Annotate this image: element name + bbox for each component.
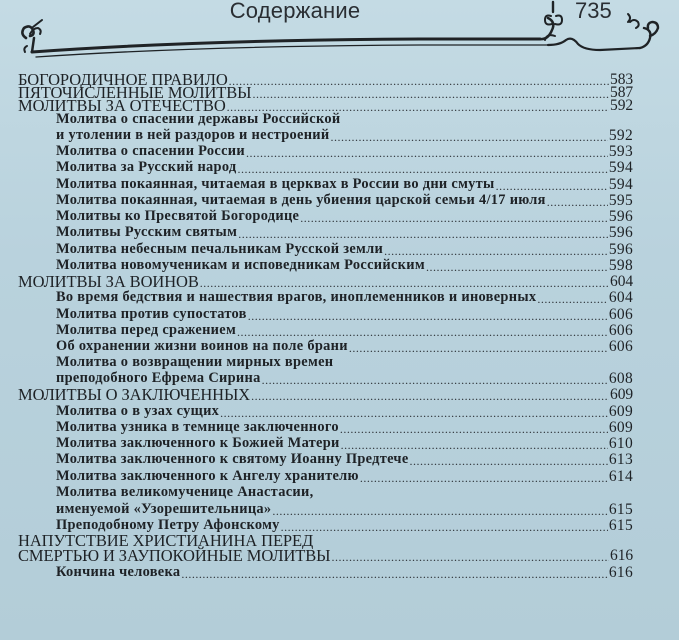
toc-page-number: 606 [609,322,633,339]
toc-entry-label: Кончина человека [56,564,180,581]
dot-leader [238,227,608,241]
toc-entry-label: Молитва перед сражением [56,322,236,339]
toc-page-number: 595 [609,192,633,209]
toc-entry[interactable]: Молитва за Русский народ594 [56,158,633,176]
toc-page-number: 609 [609,419,633,436]
toc-page-number: 616 [610,547,633,564]
toc-entry[interactable]: Молитва заключенного к святому Иоанну Пр… [56,450,633,468]
toc-entry[interactable]: Молитва перед сражением606 [56,321,633,339]
ornament-border-icon [0,0,679,70]
toc-entry-label: МОЛИТВЫ О ЗАКЛЮЧЕННЫХ [18,386,250,403]
toc-entry-label: Молитва узника в темнице заключенного [56,419,339,436]
toc-section-entry[interactable]: МОЛИТВЫ О ЗАКЛЮЧЕННЫХ609 [18,385,633,403]
toc-section-entry[interactable]: СМЕРТЬЮ И ЗАУПОКОЙНЫЕ МОЛИТВЫ616 [18,546,633,564]
toc-page-number: 615 [609,501,633,518]
toc-page-number: 613 [609,451,633,468]
toc-entry[interactable]: Молитва покаянная, читаемая в день убиен… [56,191,633,209]
toc-entry-label: именуемой «Узорешительница» [56,501,271,518]
toc-entry-label: Молитва великомученице Анастасии, [56,484,313,501]
running-head: Содержание 735 [0,0,679,70]
toc-entry-label: Во время бедствия и нашествия врагов, ин… [56,289,536,306]
toc-entry-label: Молитва заключенного к святому Иоанну Пр… [56,451,409,468]
toc-entry-label: и утолении в ней раздоров и нестроений [56,127,329,144]
toc-entry-label: Молитва за Русский народ [56,159,237,176]
toc-entry[interactable]: Во время бедствия и нашествия врагов, ин… [56,288,633,306]
toc-page-number: 609 [610,386,633,403]
toc-entry-label: Молитва покаянная, читаемая в день убиен… [56,192,546,209]
toc-page-number: 604 [609,289,633,306]
toc-page-number: 594 [609,159,633,176]
toc-page-number: 596 [609,224,633,241]
dot-leader [331,550,609,564]
toc-entry[interactable]: Молитва заключенного к Ангелу хранителю6… [56,467,633,485]
dot-leader [181,567,608,581]
toc-page-number: 616 [609,564,633,581]
toc-entry-label: Молитва заключенного к Ангелу хранителю [56,468,359,485]
toc-entry[interactable]: Молитвы Русским святым596 [56,223,633,241]
toc-entry[interactable]: именуемой «Узорешительница»615 [56,500,633,518]
toc-entry-label: СМЕРТЬЮ И ЗАУПОКОЙНЫЕ МОЛИТВЫ [18,547,330,564]
toc-entry[interactable]: Молитва узника в темнице заключенного609 [56,418,633,436]
toc-entry[interactable]: и утолении в ней раздоров и нестроений59… [56,126,633,144]
toc-page-number: 592 [609,127,633,144]
toc-entry-label: Молитвы Русским святым [56,224,237,241]
toc-entry[interactable]: Молитва великомученице Анастасии, [56,483,633,501]
toc-page-number: 614 [609,468,633,485]
toc-entry[interactable]: Кончина человека616 [56,563,633,581]
